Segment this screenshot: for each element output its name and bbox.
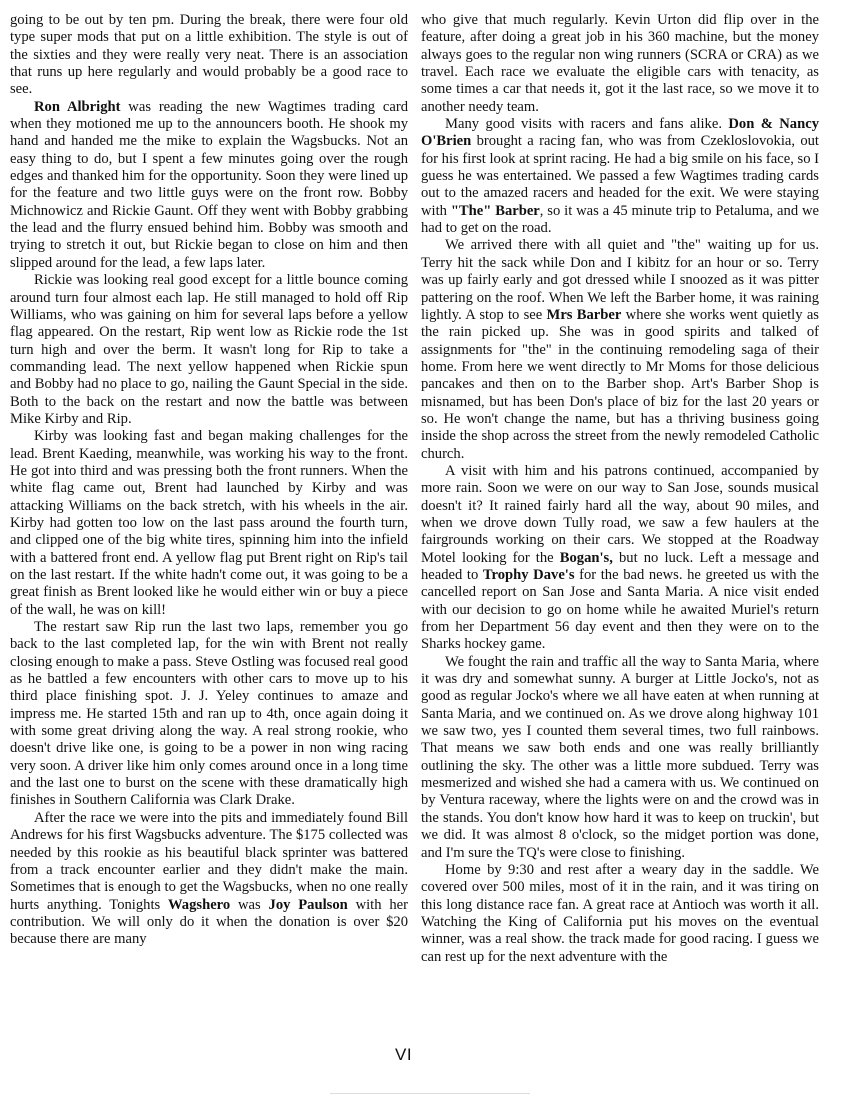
paragraph: Kirby was looking fast and began making … xyxy=(10,428,408,619)
paragraph-text: Kirby was looking fast and began making … xyxy=(10,428,408,617)
paragraph: who give that much regularly. Kevin Urto… xyxy=(421,12,819,116)
page-number: VI xyxy=(395,1045,412,1065)
paragraph-text: Rickie was looking real good except for … xyxy=(10,272,408,427)
paragraph: A visit with him and his patrons continu… xyxy=(421,463,819,654)
paragraph-text: We fought the rain and traffic all the w… xyxy=(421,654,819,861)
paragraph: We arrived there with all quiet and "the… xyxy=(421,237,819,462)
paragraph-text: Home by 9:30 and rest after a weary day … xyxy=(421,862,819,965)
paragraph-text: was reading the new Wagtimes trading car… xyxy=(10,99,408,271)
bold-name: Bogan's, xyxy=(560,550,613,566)
paragraph-text: where she works went quietly as the rain… xyxy=(421,307,819,462)
bold-name: Trophy Dave's xyxy=(483,567,575,583)
right-column: who give that much regularly. Kevin Urto… xyxy=(421,12,819,966)
paragraph-text: Many good visits with racers and fans al… xyxy=(445,116,728,132)
paragraph-text: who give that much regularly. Kevin Urto… xyxy=(421,12,819,115)
paragraph: going to be out by ten pm. During the br… xyxy=(10,12,408,99)
bold-name: Mrs Barber xyxy=(547,307,622,323)
paragraph: The restart saw Rip run the last two lap… xyxy=(10,619,408,810)
paragraph: We fought the rain and traffic all the w… xyxy=(421,654,819,862)
paragraph: Home by 9:30 and rest after a weary day … xyxy=(421,862,819,966)
paragraph-text: was xyxy=(230,897,268,913)
bold-name: Joy Paulson xyxy=(269,897,348,913)
paragraph: Rickie was looking real good except for … xyxy=(10,272,408,428)
scan-artifact-line xyxy=(330,1093,530,1094)
paragraph-text: going to be out by ten pm. During the br… xyxy=(10,12,408,97)
bold-name: Wagshero xyxy=(168,897,230,913)
paragraph: Ron Albright was reading the new Wagtime… xyxy=(10,99,408,272)
left-column: going to be out by ten pm. During the br… xyxy=(10,12,408,949)
paragraph: After the race we were into the pits and… xyxy=(10,810,408,949)
paragraph: Many good visits with racers and fans al… xyxy=(421,116,819,237)
bold-name: "The" Barber xyxy=(451,203,540,219)
bold-name: Ron Albright xyxy=(34,99,120,115)
paragraph-text: The restart saw Rip run the last two lap… xyxy=(10,619,408,808)
